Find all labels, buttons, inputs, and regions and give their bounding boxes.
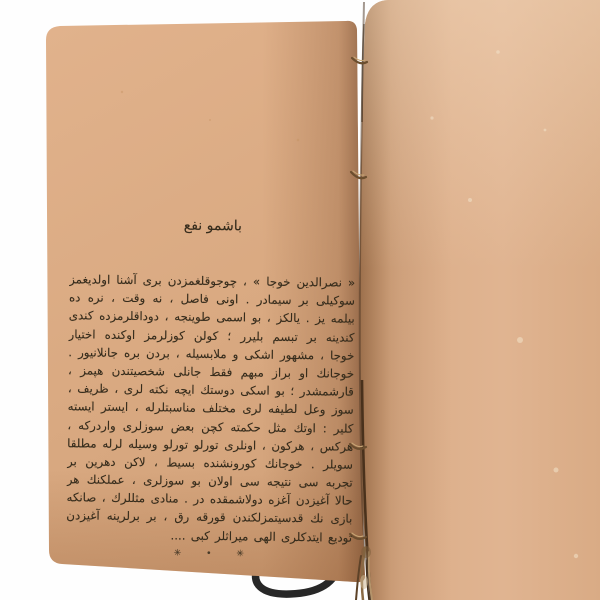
right-page [359,0,600,600]
left-page-text: باشمو نفع « نصرالدين خوجا » ، چوجوقلغمزد… [66,214,356,563]
text-line: بازى نك قدسيتمزلكندن قورقه رق ، بر برلري… [66,507,352,529]
section-heading: باشمو نفع [70,214,356,237]
text-line: توديع ايتدكلرى الهى ميراثلر كبى .... [66,525,352,547]
book-photo-scene: باشمو نفع « نصرالدين خوجا » ، چوجوقلغمزد… [0,0,600,600]
